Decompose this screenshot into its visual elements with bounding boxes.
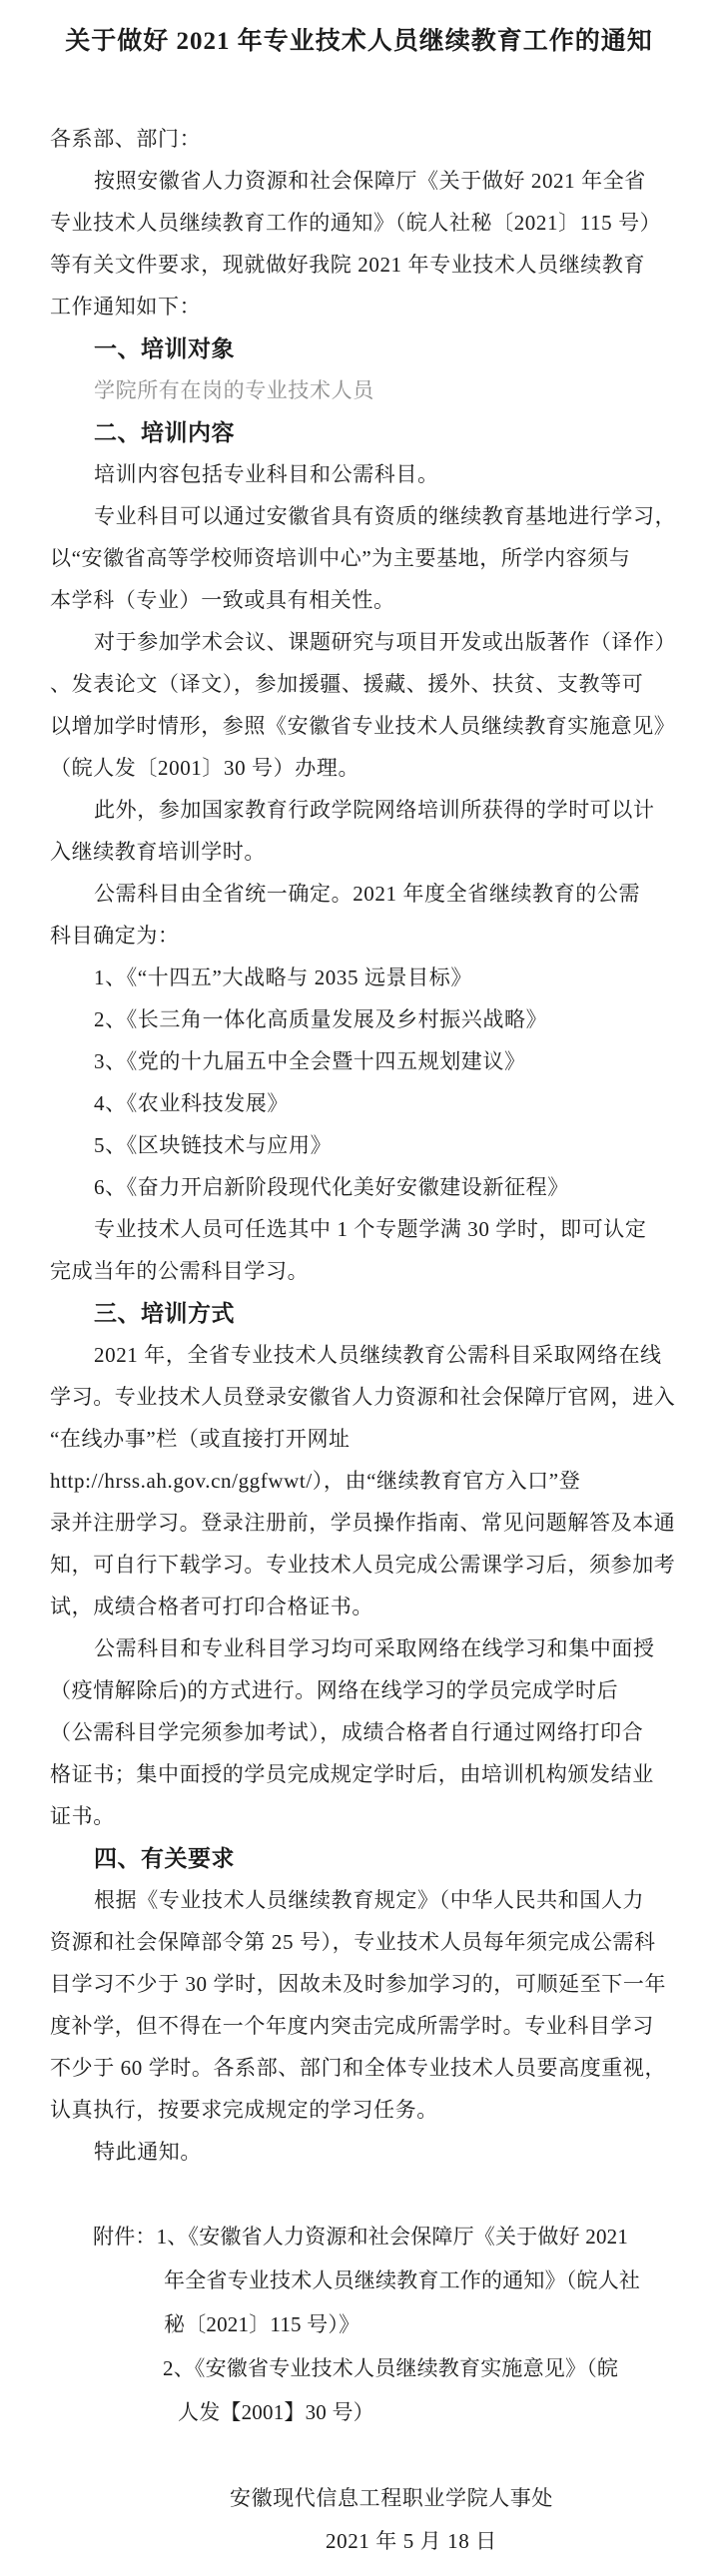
- date-line: 2021 年 5 月 18 日: [0, 2520, 718, 2563]
- doc-line: http://hrss.ah.gov.cn/ggfwwt/），由“继续教育官方入…: [0, 1460, 718, 1502]
- doc-line: （疫情解除后)的方式进行。网络在线学习的学员完成学时后: [0, 1669, 718, 1711]
- training-target-line: 学院所有在岗的专业技术人员: [0, 369, 718, 411]
- doc-line: 5、《区块链技术与应用》: [0, 1124, 718, 1166]
- doc-line: 3、《党的十九届五中全会暨十四五规划建议》: [0, 1040, 718, 1082]
- doc-line: 工作通知如下：: [0, 286, 718, 327]
- doc-line: 2021 年，全省专业技术人员继续教育公需科目采取网络在线: [0, 1334, 718, 1376]
- doc-line: 格证书；集中面授的学员完成规定学时后，由培训机构颁发结业: [0, 1753, 718, 1795]
- doc-line: 6、《奋力开启新阶段现代化美好安徽建设新征程》: [0, 1166, 718, 1208]
- doc-line: 入继续教育培训学时。: [0, 831, 718, 873]
- doc-line: 1、《“十四五”大战略与 2035 远景目标》: [0, 957, 718, 998]
- section-heading: 一、培训对象: [0, 327, 718, 369]
- doc-line: 特此通知。: [0, 2131, 718, 2173]
- doc-line: 公需科目和专业科目学习均可采取网络在线学习和集中面授: [0, 1627, 718, 1669]
- doc-line: 按照安徽省人力资源和社会保障厅《关于做好 2021 年全省: [0, 160, 718, 202]
- attachment-line: 年全省专业技术人员继续教育工作的通知》（皖人社: [0, 2258, 718, 2302]
- attachment-line: 秘〔2021〕115 号）》: [0, 2302, 718, 2346]
- doc-line: 2、《长三角一体化高质量发展及乡村振兴战略》: [0, 998, 718, 1040]
- blank-line: [0, 2173, 718, 2215]
- doc-line: 学习。专业技术人员登录安徽省人力资源和社会保障厅官网，进入: [0, 1376, 718, 1418]
- doc-line: “在线办事”栏（或直接打开网址: [0, 1418, 718, 1460]
- doc-line: 知，可自行下载学习。专业技术人员完成公需课学习后，须参加考: [0, 1544, 718, 1586]
- doc-line: 科目确定为：: [0, 915, 718, 957]
- doc-line: 度补学，但不得在一个年度内突击完成所需学时。专业科目学习: [0, 2005, 718, 2047]
- doc-line: 以“安徽省高等学校师资培训中心”为主要基地，所学内容须与: [0, 537, 718, 579]
- document-body: 各系部、部门：按照安徽省人力资源和社会保障厅《关于做好 2021 年全省专业技术…: [0, 118, 718, 2563]
- section-heading: 四、有关要求: [0, 1837, 718, 1879]
- doc-line: （公需科目学完须参加考试），成绩合格者自行通过网络打印合: [0, 1711, 718, 1753]
- blank-line: [0, 2434, 718, 2476]
- doc-line: 试，成绩合格者可打印合格证书。: [0, 1586, 718, 1627]
- doc-line: 对于参加学术会议、课题研究与项目开发或出版著作（译作）: [0, 621, 718, 663]
- doc-line: 目学习不少于 30 学时，因故未及时参加学习的，可顺延至下一年: [0, 1963, 718, 2005]
- doc-line: 证书。: [0, 1795, 718, 1837]
- doc-line: 根据《专业技术人员继续教育规定》（中华人民共和国人力: [0, 1879, 718, 1921]
- attachment-line: 2、《安徽省专业技术人员继续教育实施意见》（皖: [0, 2346, 718, 2390]
- doc-line: 专业技术人员继续教育工作的通知》（皖人社秘〔2021〕115 号）: [0, 202, 718, 244]
- attachment-line: 附件：1、《安徽省人力资源和社会保障厅《关于做好 2021: [0, 2215, 718, 2258]
- doc-line: 资源和社会保障部令第 25 号），专业技术人员每年须完成公需科: [0, 1921, 718, 1963]
- attachment-line: 人发【2001】30 号）: [0, 2390, 718, 2434]
- doc-line: 4、《农业科技发展》: [0, 1082, 718, 1124]
- doc-line: 专业科目可以通过安徽省具有资质的继续教育基地进行学习，: [0, 495, 718, 537]
- doc-line: 以增加学时情形，参照《安徽省专业技术人员继续教育实施意见》: [0, 705, 718, 747]
- document-page: 关于做好 2021 年专业技术人员继续教育工作的通知 各系部、部门：按照安徽省人…: [0, 0, 718, 2576]
- signature-line: 安徽现代信息工程职业学院人事处: [0, 2476, 718, 2520]
- section-heading: 二、培训内容: [0, 411, 718, 453]
- document-title: 关于做好 2021 年专业技术人员继续教育工作的通知: [0, 24, 718, 60]
- doc-line: 各系部、部门：: [0, 118, 718, 160]
- doc-line: 、发表论文（译文），参加援疆、援藏、援外、扶贫、支教等可: [0, 663, 718, 705]
- section-heading: 三、培训方式: [0, 1292, 718, 1334]
- doc-line: （皖人发〔2001〕30 号）办理。: [0, 747, 718, 789]
- doc-line: 不少于 60 学时。各系部、部门和全体专业技术人员要高度重视，: [0, 2047, 718, 2089]
- doc-line: 认真执行，按要求完成规定的学习任务。: [0, 2089, 718, 2131]
- doc-line: 培训内容包括专业科目和公需科目。: [0, 453, 718, 495]
- doc-line: 等有关文件要求，现就做好我院 2021 年专业技术人员继续教育: [0, 244, 718, 286]
- doc-line: 此外，参加国家教育行政学院网络培训所获得的学时可以计: [0, 789, 718, 831]
- doc-line: 专业技术人员可任选其中 1 个专题学满 30 学时，即可认定: [0, 1208, 718, 1250]
- doc-line: 本学科（专业）一致或具有相关性。: [0, 579, 718, 621]
- doc-line: 完成当年的公需科目学习。: [0, 1250, 718, 1292]
- doc-line: 录并注册学习。登录注册前，学员操作指南、常见问题解答及本通: [0, 1502, 718, 1544]
- doc-line: 公需科目由全省统一确定。2021 年度全省继续教育的公需: [0, 873, 718, 915]
